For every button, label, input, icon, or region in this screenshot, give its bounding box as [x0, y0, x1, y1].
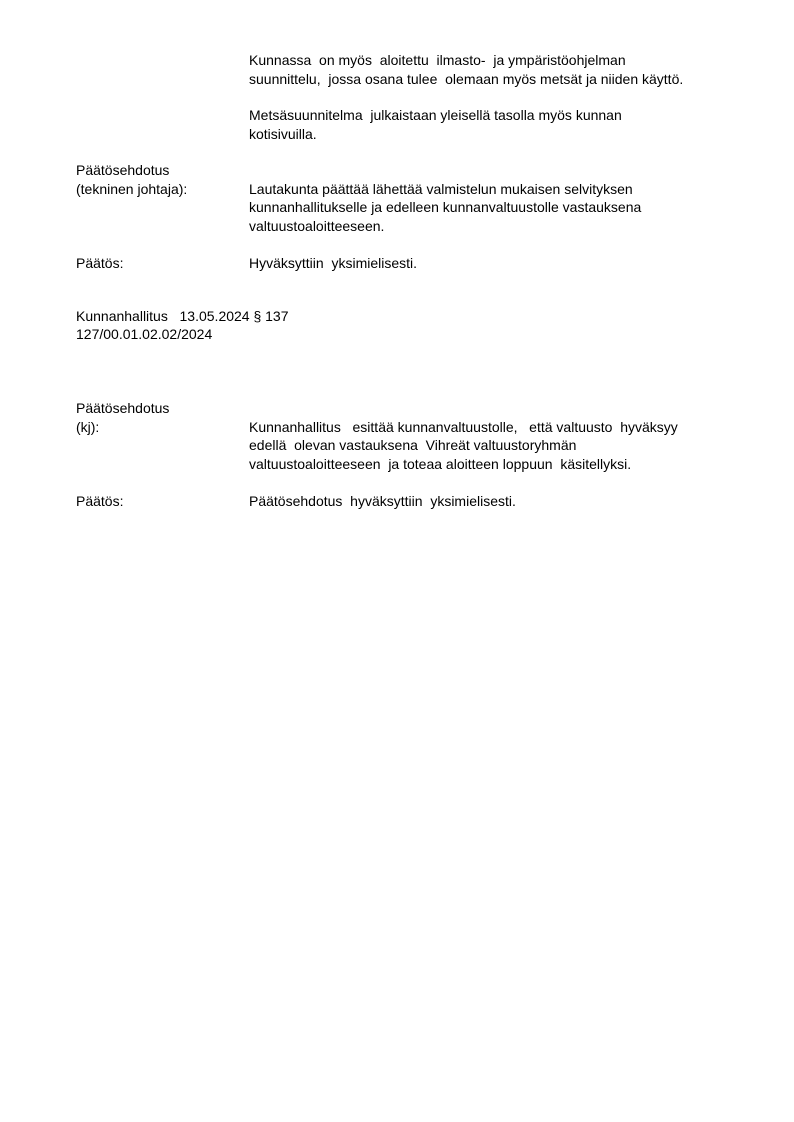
text-line: valtuustoaloitteeseen.: [249, 217, 641, 236]
meeting-header: Kunnanhallitus 13.05.2024 § 137: [76, 307, 289, 325]
proposal-label: Päätösehdotus (tekninen johtaja):: [76, 161, 187, 198]
decision-label: Päätös:: [76, 254, 123, 272]
text-line: suunnittelu, jossa osana tulee olemaan m…: [249, 70, 683, 89]
text-line: Lautakunta päättää lähettää valmistelun …: [249, 180, 641, 199]
proposal-text: Lautakunta päättää lähettää valmistelun …: [249, 180, 641, 236]
text-line: Metsäsuunnitelma julkaistaan yleisellä t…: [249, 106, 622, 125]
label-line: Päätösehdotus: [76, 161, 187, 180]
text-line: Kunnanhallitus esittää kunnanvaltuustoll…: [249, 418, 678, 437]
intro-paragraph: Kunnassa on myös aloitettu ilmasto- ja y…: [249, 51, 683, 88]
text-line: kotisivuilla.: [249, 125, 622, 144]
decision-text: Hyväksyttiin yksimielisesti.: [249, 254, 417, 272]
label-line: (kj):: [76, 418, 169, 437]
publish-paragraph: Metsäsuunnitelma julkaistaan yleisellä t…: [249, 106, 622, 143]
text-line: kunnanhallitukselle ja edelleen kunnanva…: [249, 198, 641, 217]
decision-label: Päätös:: [76, 492, 123, 510]
label-line: (tekninen johtaja):: [76, 180, 187, 199]
label-line: Päätösehdotus: [76, 399, 169, 418]
text-line: edellä olevan vastauksena Vihreät valtuu…: [249, 436, 678, 455]
text-line: Kunnassa on myös aloitettu ilmasto- ja y…: [249, 51, 683, 70]
decision-text: Päätösehdotus hyväksyttiin yksimielisest…: [249, 492, 516, 510]
proposal-label: Päätösehdotus (kj):: [76, 399, 169, 436]
text-line: valtuustoaloitteeseen ja toteaa aloittee…: [249, 455, 678, 474]
record-number: 127/00.01.02.02/2024: [76, 325, 212, 343]
proposal-text: Kunnanhallitus esittää kunnanvaltuustoll…: [249, 418, 678, 474]
